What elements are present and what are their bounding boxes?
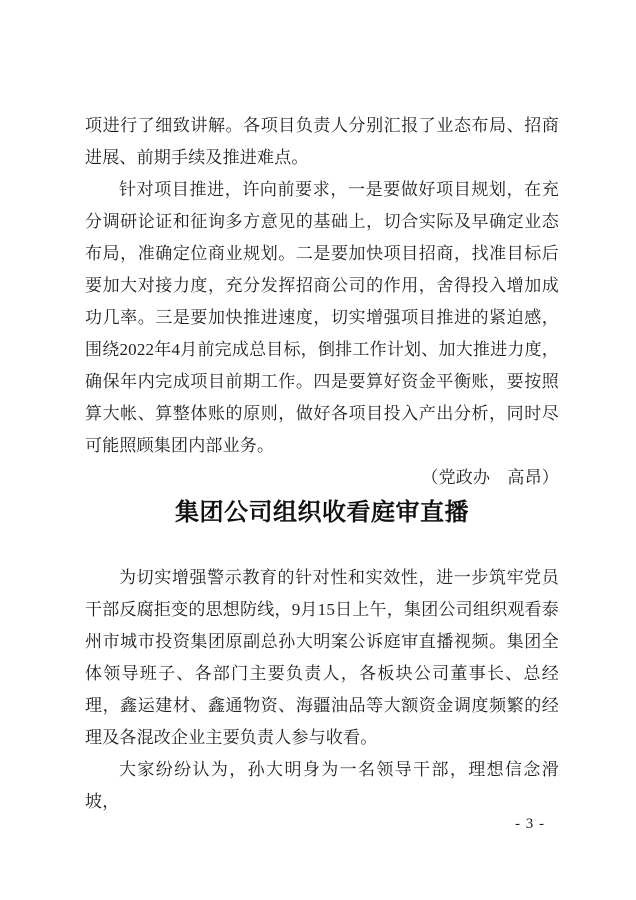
document-page: 项进行了细致讲解。各项目负责人分别汇报了业态布局、招商进展、前期手续及推进难点。… [0,0,636,900]
article-byline: （党政办 高昂） [85,462,559,494]
article-title: 集团公司组织收看庭审直播 [85,496,559,530]
page-content: 项进行了细致讲解。各项目负责人分别汇报了业态布局、招商进展、前期手续及推进难点。… [85,110,559,818]
page-number: - 3 - [515,814,545,834]
requirements-paragraph: 针对项目推进，许向前要求，一是要做好项目规划，在充分调研论证和征询多方意见的基础… [85,174,559,462]
article-reaction-paragraph: 大家纷纷认为，孙大明身为一名领导干部，理想信念滑坡， [85,754,559,818]
article-opening-paragraph: 为切实增强警示教育的针对性和实效性，进一步筑牢党员干部反腐拒变的思想防线，9月1… [85,562,559,754]
continuation-paragraph: 项进行了细致讲解。各项目负责人分别汇报了业态布局、招商进展、前期手续及推进难点。 [85,110,559,174]
